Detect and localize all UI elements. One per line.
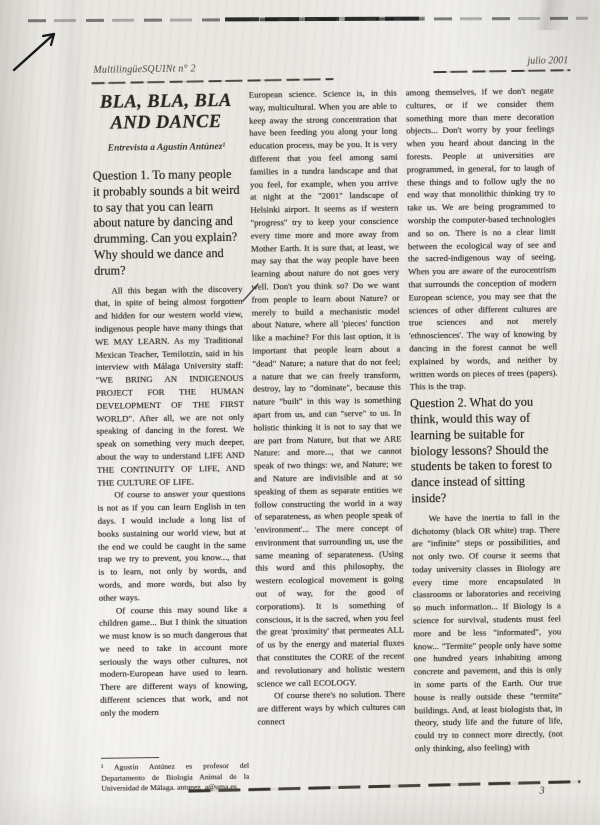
header-rule-right [433,69,570,73]
page-number: 3 [539,786,544,797]
article-title-line-2: AND DANCE [92,112,240,135]
header-rule-left [92,78,334,84]
question-2-heading: Question 2. What do you think, would thi… [410,395,560,508]
paragraph: Of course there's no solution. There are… [257,688,406,728]
article-title-block: BLA, BLA, BLA AND DANCE Entrevista a Agu… [92,91,241,154]
paragraph: among themselves, if we don't negate cul… [406,84,558,393]
column-2: European science. Science is, in this wa… [249,87,407,793]
footnote-rule [101,757,159,759]
article-byline: Entrevista a Agustín Antúnez¹ [92,142,240,154]
paragraph: All this began with the discovery that, … [94,282,245,489]
journal-name: MultilingüeSQUINt n° 2 [93,63,195,75]
article-columns: BLA, BLA, BLA AND DANCE Entrevista a Agu… [92,84,566,794]
article-title-line-1: BLA, BLA, BLA [92,91,240,114]
paragraph: We have the inertia to fall in the dicho… [412,510,563,755]
paragraph: European science. Science is, in this wa… [249,87,405,690]
scanned-magazine-page: MultilingüeSQUINt n° 2 julio 2001 BLA, B… [0,0,600,825]
paragraph: Of course to answer your questions is no… [97,487,247,604]
paragraph: Of course this may sound like a children… [99,602,249,719]
issue-date: julio 2001 [451,55,568,68]
page-content: MultilingüeSQUINt n° 2 julio 2001 BLA, B… [0,0,600,825]
column-3: among themselves, if we don't negate cul… [406,84,564,790]
column-1: BLA, BLA, BLA AND DANCE Entrevista a Agu… [92,89,250,795]
question-1-heading: Question 1. To many people it probably s… [93,167,243,280]
